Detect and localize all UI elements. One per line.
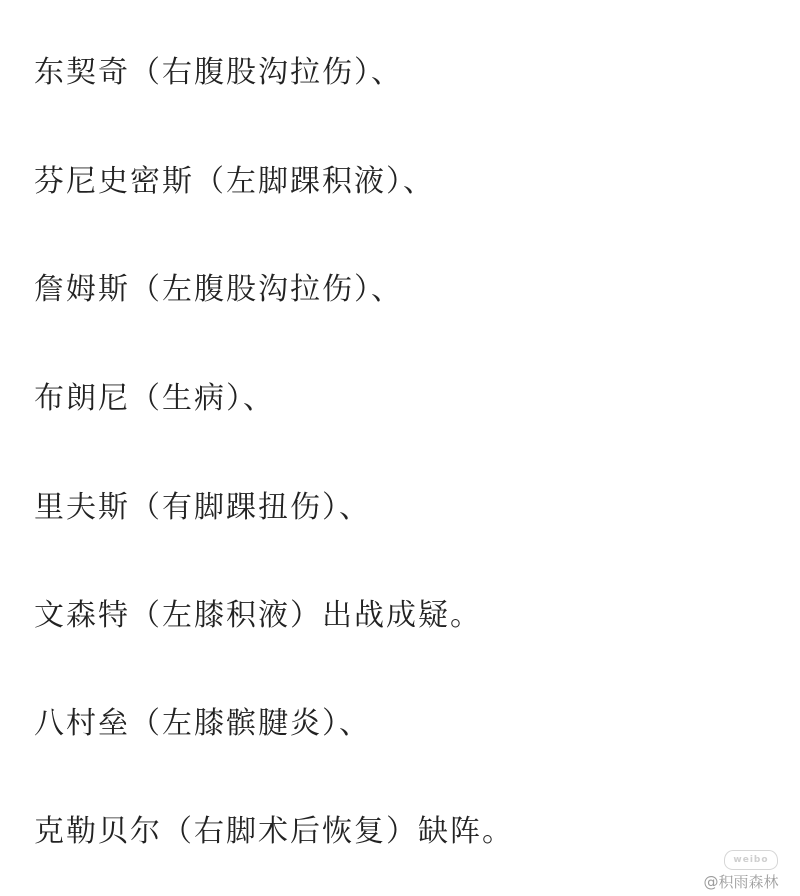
watermark-handle: @积雨森林 (686, 872, 796, 892)
injury-line-james: 詹姆斯（左腹股沟拉伤）、 (34, 270, 403, 310)
weibo-logo-icon: weibo (724, 850, 778, 870)
injury-line-vincent: 文森特（左膝积液）出战成疑。 (34, 596, 482, 636)
weibo-watermark: weibo @积雨森林 (686, 847, 796, 892)
injury-line-kleber: 克勒贝尔（右脚术后恢复）缺阵。 (34, 812, 514, 852)
injury-line-hachimura: 八村垒（左膝髌腱炎）、 (34, 704, 371, 744)
injury-line-bronny: 布朗尼（生病）、 (34, 379, 275, 419)
injury-line-reaves: 里夫斯（有脚踝扭伤）、 (34, 488, 371, 528)
injury-line-doncic: 东契奇（右腹股沟拉伤）、 (34, 53, 403, 93)
injury-line-finney-smith: 芬尼史密斯（左脚踝积液）、 (34, 162, 435, 202)
